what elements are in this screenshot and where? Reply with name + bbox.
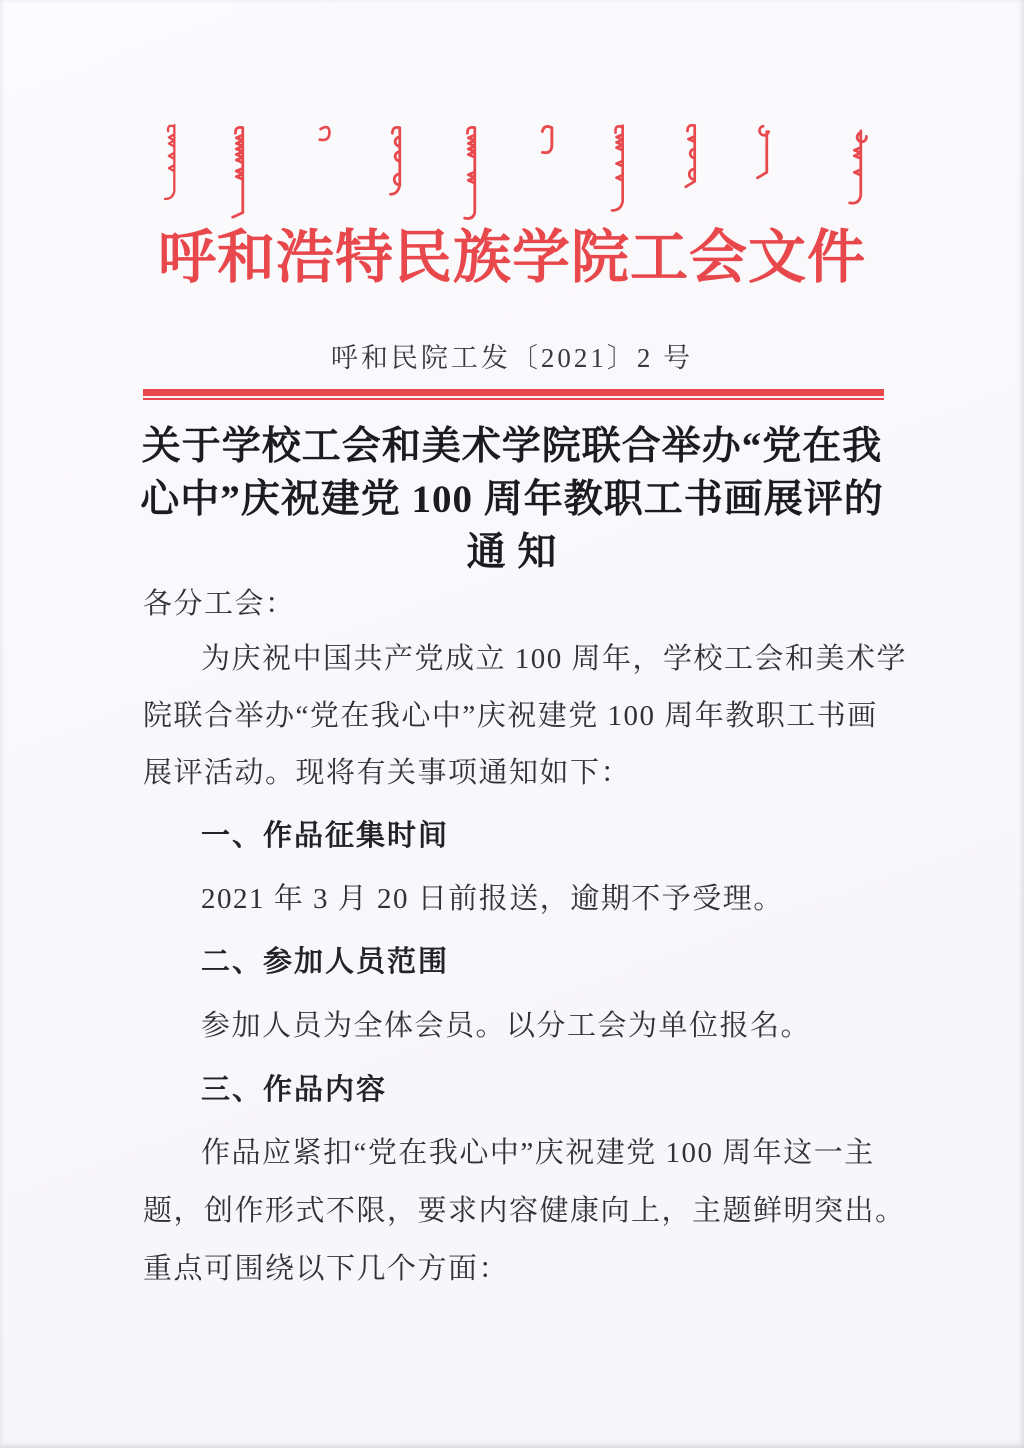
- mongolian-word-icon: [385, 122, 409, 200]
- mongolian-word-icon: [536, 122, 562, 160]
- section-heading-3: 三、作品内容: [143, 1070, 945, 1112]
- intro-line: 为庆祝中国共产党成立 100 周年，学校工会和美术学: [143, 639, 945, 681]
- document-page: 呼和浩特民族学院工会文件 呼和民院工发〔2021〕2 号 关于学校工会和美术学院…: [0, 0, 1024, 1448]
- org-title: 呼和浩特民族学院工会文件: [0, 210, 1024, 294]
- mongolian-word-icon: [228, 122, 252, 222]
- section-3-paragraph-line: 题，创作形式不限，要求内容健康向上，主题鲜明突出。: [143, 1191, 887, 1233]
- mongolian-word-icon: [752, 122, 776, 182]
- doc-title-line1: 关于学校工会和美术学院联合举办“党在我: [92, 420, 932, 473]
- mongolian-word-icon: [460, 122, 484, 222]
- section-3-paragraph-line: 重点可围绕以下几个方面：: [143, 1249, 887, 1291]
- intro-line: 展评活动。现将有关事项通知如下：: [143, 753, 887, 795]
- mongolian-word-icon: [160, 122, 184, 202]
- intro-line: 院联合举办“党在我心中”庆祝建党 100 周年教职工书画: [143, 696, 887, 738]
- mongolian-word-icon: [846, 122, 870, 208]
- salutation: 各分工会：: [143, 584, 887, 626]
- red-divider-thin-line: [143, 398, 884, 400]
- section-heading-2: 二、参加人员范围: [143, 942, 945, 984]
- doc-number: 呼和民院工发〔2021〕2 号: [0, 336, 1024, 375]
- doc-title-line3: 通 知: [92, 526, 932, 579]
- mongolian-word-icon: [608, 122, 632, 214]
- section-3-paragraph-line: 作品应紧扣“党在我心中”庆祝建党 100 周年这一主: [143, 1133, 945, 1175]
- doc-title: 关于学校工会和美术学院联合举办“党在我 心中”庆祝建党 100 周年教职工书画展…: [92, 420, 932, 579]
- section-1-paragraph: 2021 年 3 月 20 日前报送，逾期不予受理。: [143, 879, 945, 921]
- red-divider-thick-line: [143, 389, 884, 396]
- section-heading-1: 一、作品征集时间: [143, 816, 945, 858]
- doc-title-line2: 心中”庆祝建党 100 周年教职工书画展评的: [92, 473, 932, 526]
- mongolian-word-icon: [312, 122, 338, 152]
- red-divider: [143, 389, 884, 400]
- mongolian-script-header: [0, 0, 1024, 240]
- mongolian-word-icon: [680, 122, 704, 194]
- section-2-paragraph: 参加人员为全体会员。以分工会为单位报名。: [143, 1006, 945, 1048]
